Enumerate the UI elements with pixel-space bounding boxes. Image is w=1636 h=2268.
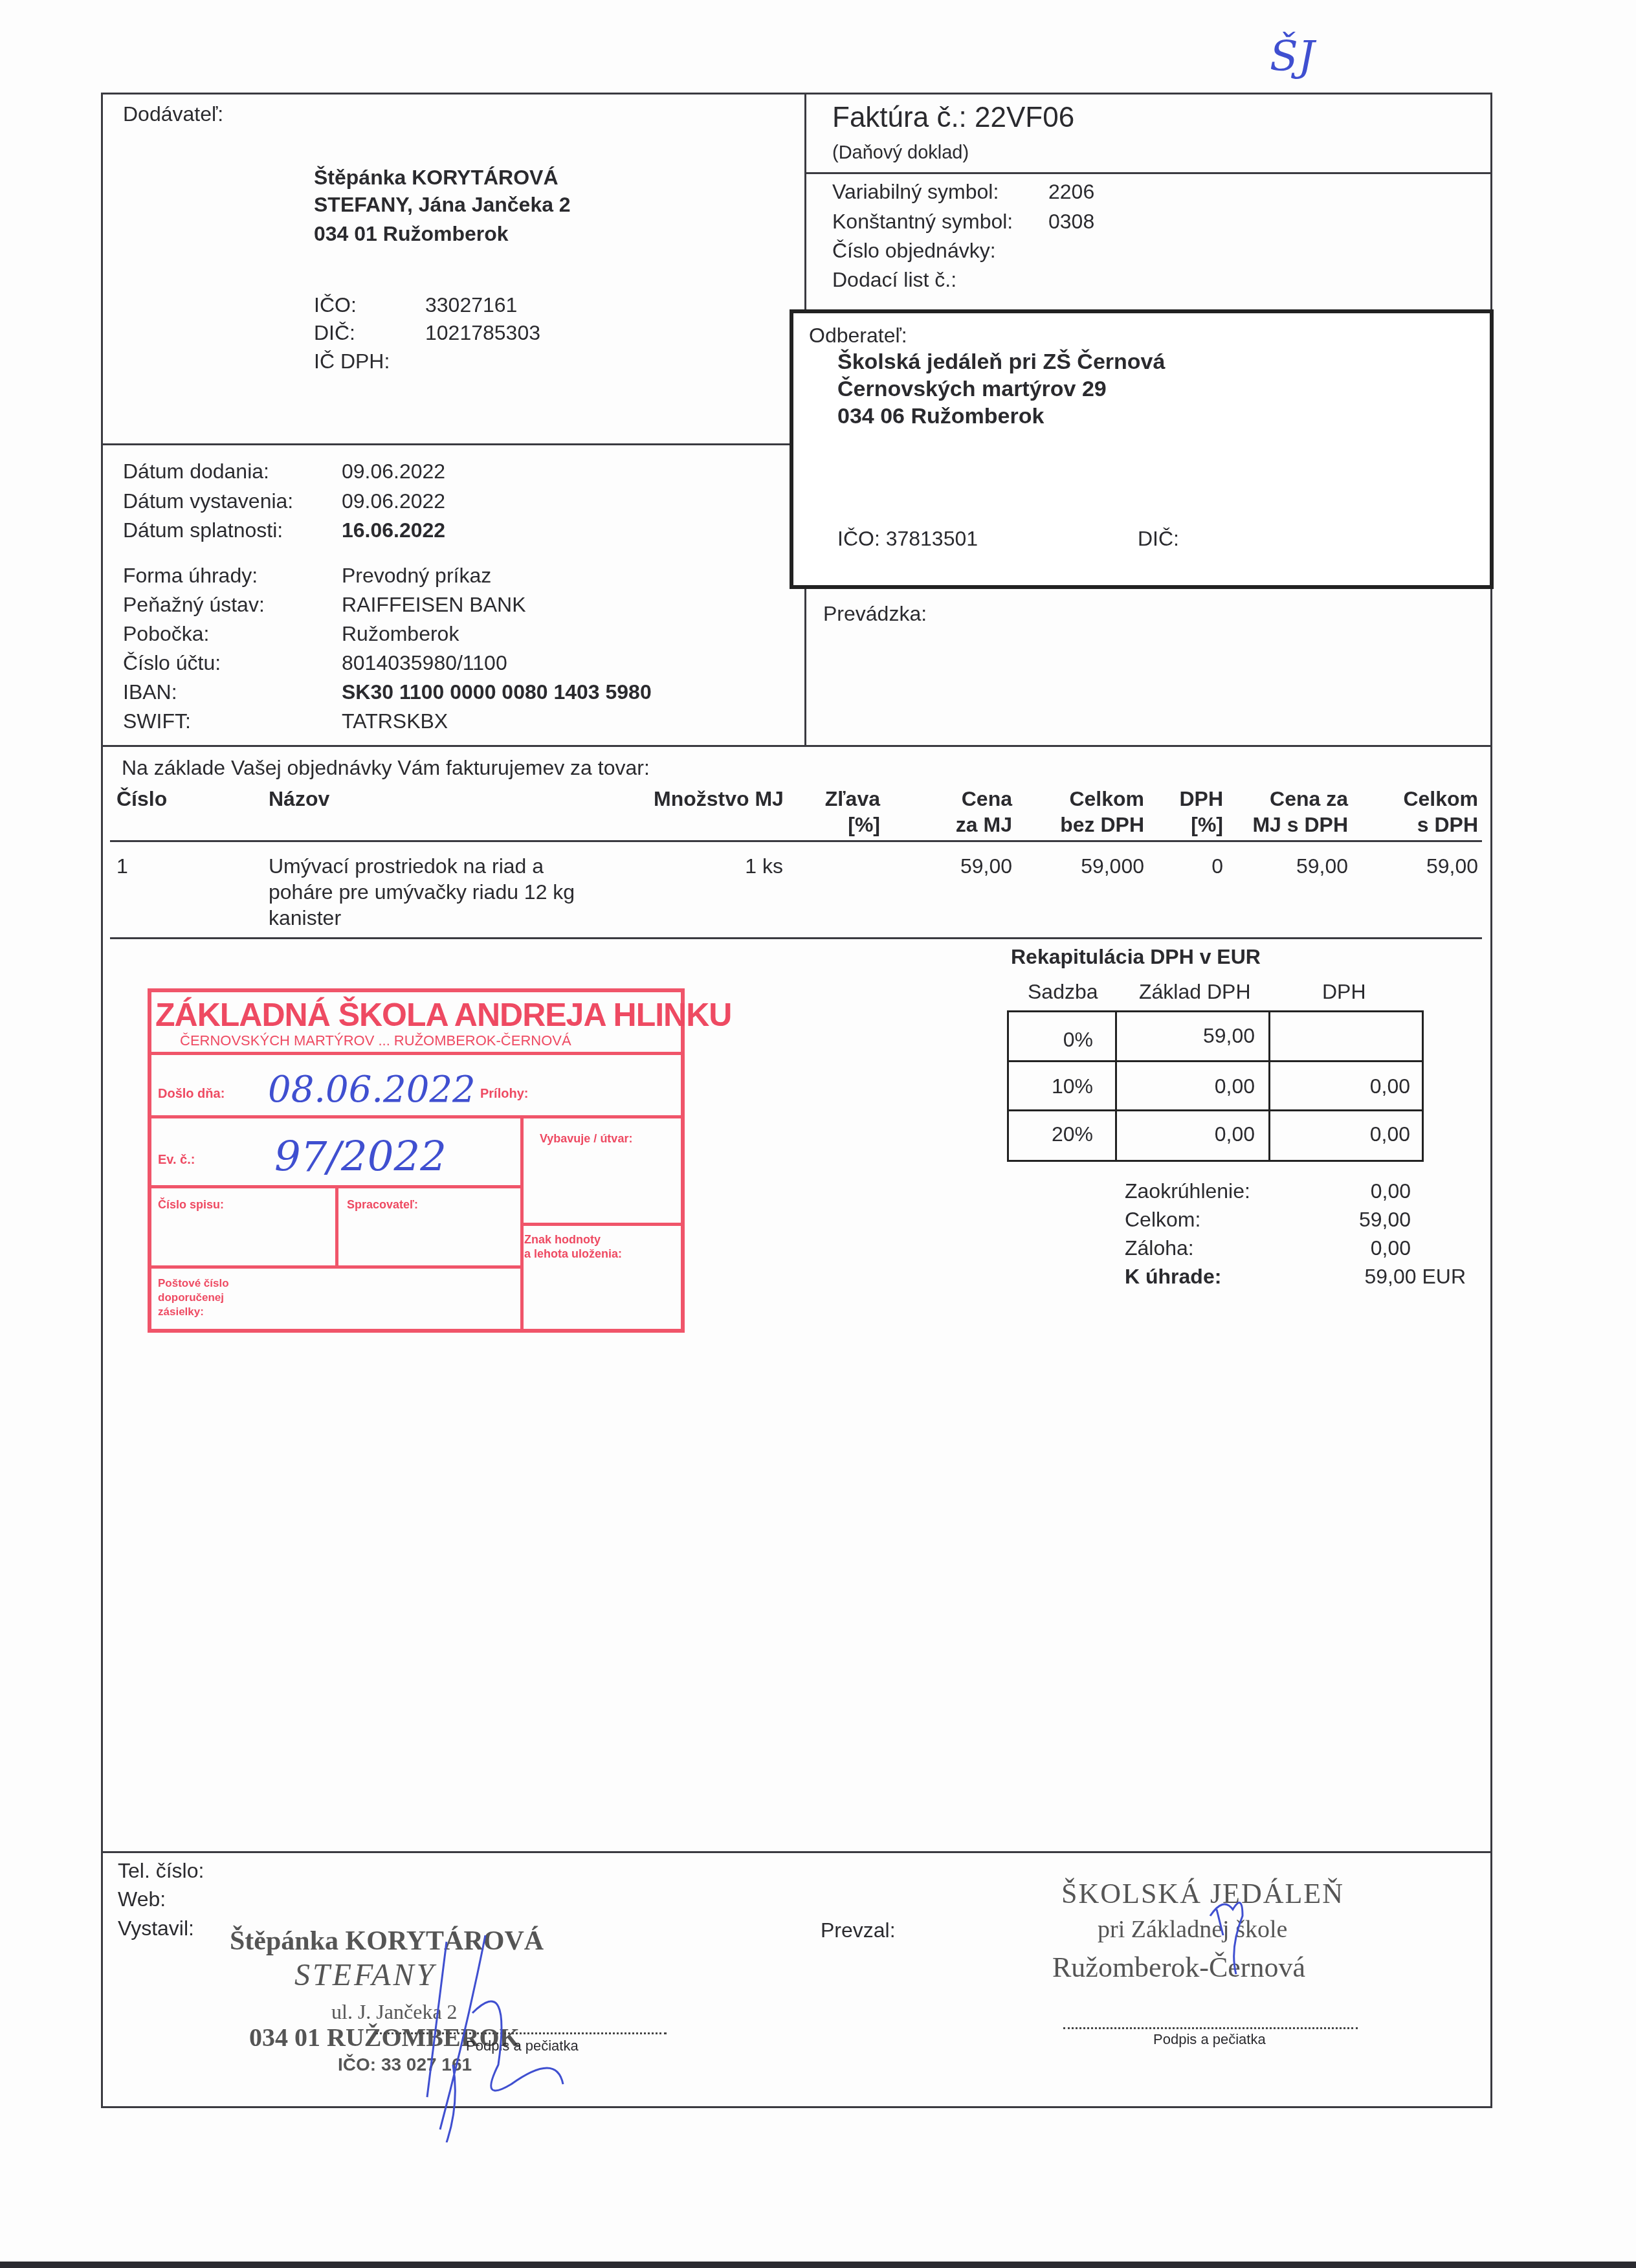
col-zlava-unit: [%] bbox=[802, 814, 880, 835]
recap-title: Rekapitulácia DPH v EUR bbox=[1011, 946, 1261, 967]
recap-base: 0,00 bbox=[1119, 1124, 1255, 1144]
supplier-divider bbox=[101, 443, 805, 445]
customer-ico: IČO: 37813501 bbox=[837, 528, 978, 549]
stamp-prilohy-label: Prílohy: bbox=[480, 1087, 528, 1102]
seal-line: Ružomberok-Černová bbox=[1052, 1953, 1305, 1982]
col-dph-unit: [%] bbox=[1158, 814, 1223, 835]
items-header-divider bbox=[110, 840, 1482, 842]
field-value: 0308 bbox=[1048, 211, 1094, 232]
vystavil-label: Vystavil: bbox=[118, 1918, 194, 1939]
stamp-postove-3: zásielky: bbox=[158, 1306, 204, 1318]
item-celkom-s-dph: 59,00 bbox=[1359, 856, 1478, 876]
item-dph: 0 bbox=[1158, 856, 1223, 876]
payment-value: 8014035980/1100 bbox=[342, 652, 507, 673]
total-value: 0,00 bbox=[1294, 1181, 1411, 1201]
col-cena: Cena bbox=[906, 788, 1012, 809]
payment-label: SWIFT: bbox=[123, 711, 191, 731]
col-dph: DPH bbox=[1158, 788, 1223, 809]
total-value: 0,00 bbox=[1294, 1238, 1411, 1258]
items-row-divider bbox=[110, 937, 1482, 939]
col-celkom-s-dph: Celkom bbox=[1359, 788, 1478, 809]
items-intro: Na základe Vašej objednávky Vám fakturuj… bbox=[122, 757, 650, 778]
supplier-address-2: 034 01 Ružomberok bbox=[314, 223, 509, 244]
col-cena-s-dph: Cena za bbox=[1217, 788, 1348, 809]
seal-line: pri Základnej škole bbox=[1098, 1917, 1287, 1942]
item-cislo: 1 bbox=[116, 856, 128, 876]
amount-due-label: K úhrade: bbox=[1125, 1266, 1221, 1287]
stamp-ev-value: 97/2022 bbox=[274, 1133, 447, 1181]
stamp-address: ČERNOVSKÝCH MARTÝROV ... RUŽOMBEROK-ČERN… bbox=[180, 1032, 571, 1049]
total-label: Záloha: bbox=[1125, 1238, 1194, 1258]
invoice-title-divider bbox=[804, 172, 1492, 174]
payment-label: IBAN: bbox=[123, 682, 177, 702]
payment-value: Ružomberok bbox=[342, 623, 459, 644]
date-label: Dátum vystavenia: bbox=[123, 491, 293, 511]
payment-label: Peňažný ústav: bbox=[123, 594, 265, 615]
col-celkom: Celkom bbox=[1022, 788, 1144, 809]
stamp-doslo-value: 08.06.2022 bbox=[268, 1069, 476, 1111]
amount-due-value: 59,00 EUR bbox=[1281, 1266, 1466, 1287]
footer-divider bbox=[101, 1851, 1492, 1853]
supplier-name: Štěpánka KORYTÁROVÁ bbox=[314, 167, 558, 188]
invoice-subtitle: (Daňový doklad) bbox=[832, 144, 969, 162]
customer-address-2: 034 06 Ružomberok bbox=[837, 405, 1044, 427]
supplier-ico-label: IČO: bbox=[314, 295, 357, 315]
signature-scribble-left bbox=[401, 1935, 602, 2142]
stamp-spracovatel-label: Spracovateľ: bbox=[347, 1198, 418, 1212]
customer-label: Odberateľ: bbox=[809, 325, 907, 346]
payment-label: Číslo účtu: bbox=[123, 652, 221, 673]
scan-edge bbox=[0, 2262, 1636, 2268]
recap-rate: 20% bbox=[1009, 1124, 1093, 1144]
date-label: Dátum dodania: bbox=[123, 461, 269, 482]
recap-vat: 0,00 bbox=[1274, 1124, 1410, 1144]
supplier-label: Dodávateľ: bbox=[123, 104, 223, 124]
stamp-postove-1: Poštové číslo bbox=[158, 1277, 229, 1290]
col-nazov: Názov bbox=[269, 788, 329, 809]
stamp-znak-label-1: Znak hodnoty bbox=[524, 1233, 601, 1247]
iban-value: SK30 1100 0000 0080 1403 5980 bbox=[342, 682, 652, 702]
total-label: Zaokrúhlenie: bbox=[1125, 1181, 1250, 1201]
field-label: Variabilný symbol: bbox=[832, 181, 999, 202]
item-nazov-2: poháre pre umývačky riadu 12 kg bbox=[269, 882, 575, 902]
stamp-vybavuje-label: Vybavuje / útvar: bbox=[540, 1132, 632, 1146]
supplier-dic: 1021785303 bbox=[425, 322, 540, 343]
customer-box: Odberateľ: Školská jedáleň pri ZŠ Černov… bbox=[790, 309, 1494, 589]
payment-value: RAIFFEISEN BANK bbox=[342, 594, 526, 615]
recap-rate: 0% bbox=[1009, 1029, 1093, 1050]
recap-base: 59,00 bbox=[1119, 1025, 1255, 1046]
field-label: Dodací list č.: bbox=[832, 269, 956, 290]
prevzal-label: Prevzal: bbox=[821, 1920, 896, 1940]
total-label: Celkom: bbox=[1125, 1209, 1200, 1230]
supplier-icdph-label: IČ DPH: bbox=[314, 351, 390, 372]
recap-rate: 10% bbox=[1009, 1076, 1093, 1096]
recap-header-base: Základ DPH bbox=[1139, 981, 1251, 1002]
customer-dic: DIČ: bbox=[1138, 528, 1179, 549]
customer-name: Školská jedáleň pri ZŠ Černová bbox=[837, 351, 1165, 373]
stamp-znak-label-2: a lehota uloženia: bbox=[524, 1247, 622, 1261]
field-value: 2206 bbox=[1048, 181, 1094, 202]
item-cena-s-dph: 59,00 bbox=[1217, 856, 1348, 876]
item-cena: 59,00 bbox=[906, 856, 1012, 876]
date-value: 09.06.2022 bbox=[342, 461, 445, 482]
stamp-doslo-label: Došlo dňa: bbox=[158, 1087, 225, 1102]
col-cena-unit: za MJ bbox=[906, 814, 1012, 835]
web-label: Web: bbox=[118, 1889, 166, 1909]
recap-base: 0,00 bbox=[1119, 1076, 1255, 1096]
registry-stamp: ZÁKLADNÁ ŠKOLA ANDREJA HLINKU ČERNOVSKÝC… bbox=[148, 988, 685, 1333]
signature-scribble-right bbox=[1204, 1890, 1255, 1981]
recap-header-vat: DPH bbox=[1322, 981, 1366, 1002]
payment-value: Prevodný príkaz bbox=[342, 565, 491, 586]
recap-vat: 0,00 bbox=[1274, 1076, 1410, 1096]
invoice-title: Faktúra č.: 22VF06 bbox=[832, 104, 1074, 132]
item-mnozstvo: 1 ks bbox=[654, 856, 783, 876]
item-nazov-3: kanister bbox=[269, 907, 341, 928]
field-label: Číslo objednávky: bbox=[832, 240, 996, 261]
signature-line-right bbox=[1063, 2027, 1358, 2029]
stamp-postove-2: doporučenej bbox=[158, 1291, 224, 1304]
col-cislo: Číslo bbox=[116, 788, 167, 809]
recap-table: 0% 59,00 10% 0,00 0,00 20% 0,00 0,00 bbox=[1007, 1010, 1424, 1162]
stamp-ev-label: Ev. č.: bbox=[158, 1153, 195, 1168]
date-value: 09.06.2022 bbox=[342, 491, 445, 511]
handwritten-initials: ŠJ bbox=[1270, 36, 1315, 78]
payment-label: Pobočka: bbox=[123, 623, 209, 644]
col-celkom-s-dph-unit: s DPH bbox=[1359, 814, 1478, 835]
customer-address-1: Černovských martýrov 29 bbox=[837, 378, 1107, 400]
stamp-cislo-spisu-label: Číslo spisu: bbox=[158, 1198, 224, 1212]
signature-caption-right: Podpis a pečiatka bbox=[1153, 2032, 1266, 2047]
payment-divider bbox=[101, 745, 1492, 747]
supplier-ico: 33027161 bbox=[425, 295, 517, 315]
item-nazov-1: Umývací prostriedok na riad a bbox=[269, 856, 544, 876]
supplier-address-1: STEFANY, Jána Jančeka 2 bbox=[314, 194, 571, 215]
payment-label: Forma úhrady: bbox=[123, 565, 258, 586]
col-celkom-unit: bez DPH bbox=[1022, 814, 1144, 835]
due-date-value: 16.06.2022 bbox=[342, 520, 445, 540]
premises-label: Prevádzka: bbox=[823, 603, 927, 624]
col-mnozstvo: Množstvo MJ bbox=[654, 788, 784, 809]
col-zlava: Zľava bbox=[802, 788, 880, 809]
stamp-school: ZÁKLADNÁ ŠKOLA ANDREJA HLINKU bbox=[155, 996, 731, 1034]
col-cena-s-dph-unit: MJ s DPH bbox=[1217, 814, 1348, 835]
recap-header-rate: Sadzba bbox=[1028, 981, 1098, 1002]
total-value: 59,00 bbox=[1294, 1209, 1411, 1230]
date-label: Dátum splatnosti: bbox=[123, 520, 283, 540]
seal-line: ŠKOLSKÁ JEDÁLEŇ bbox=[1061, 1880, 1344, 1908]
supplier-dic-label: DIČ: bbox=[314, 322, 355, 343]
payment-value: TATRSKBX bbox=[342, 711, 448, 731]
tel-label: Tel. číslo: bbox=[118, 1860, 204, 1881]
field-label: Konštantný symbol: bbox=[832, 211, 1013, 232]
item-celkom: 59,000 bbox=[1022, 856, 1144, 876]
